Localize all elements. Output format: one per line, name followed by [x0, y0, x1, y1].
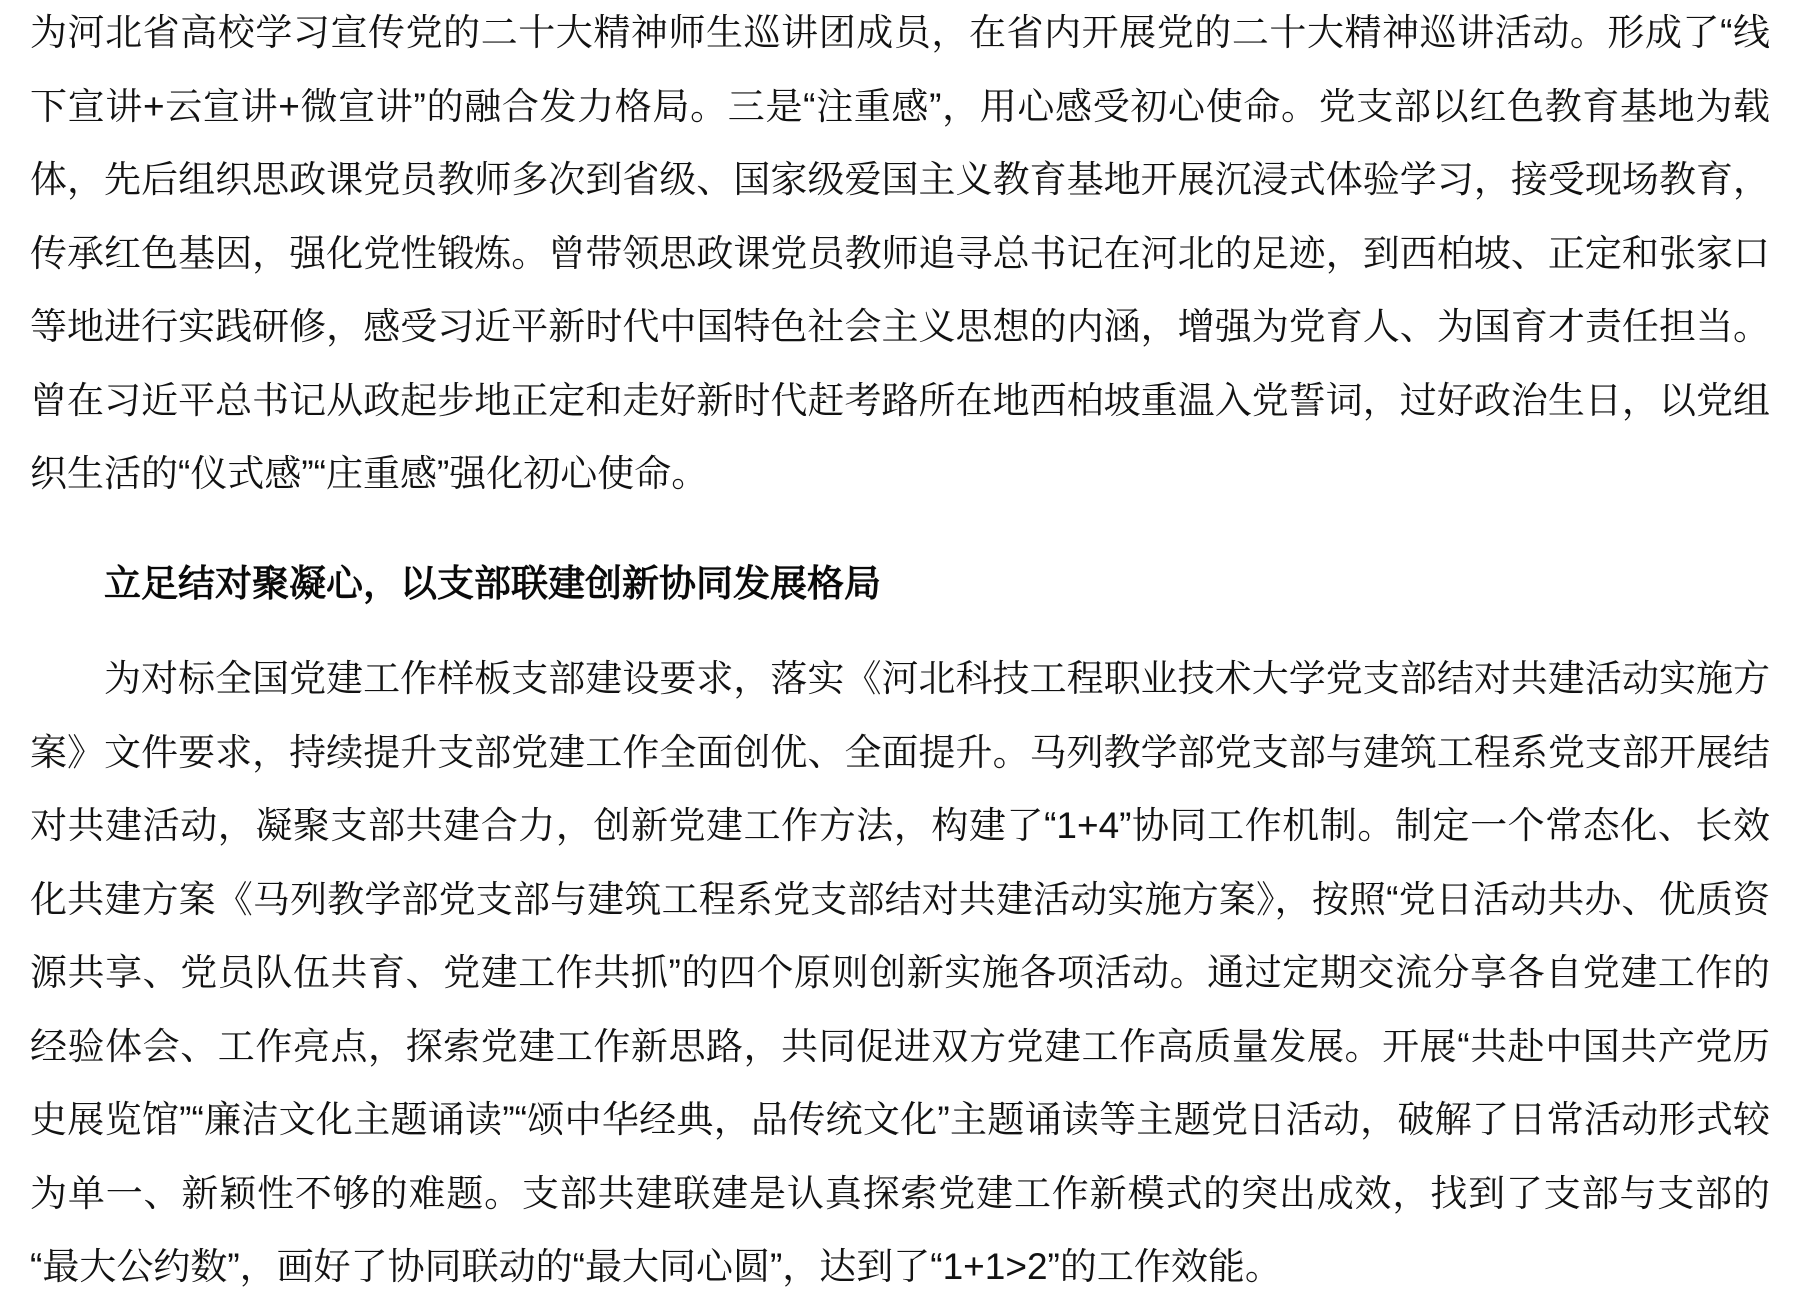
section-heading: 立足结对聚凝心，以支部联建创新协同发展格局 [30, 547, 1770, 621]
document-page: 为河北省高校学习宣传党的二十大精神师生巡讲团成员，在省内开展党的二十大精神巡讲活… [0, 0, 1797, 1302]
paragraph-body: 为对标全国党建工作样板支部建设要求，落实《河北科技工程职业技术大学党支部结对共建… [30, 642, 1770, 1302]
paragraph-continuation: 为河北省高校学习宣传党的二十大精神师生巡讲团成员，在省内开展党的二十大精神巡讲活… [30, 0, 1770, 511]
